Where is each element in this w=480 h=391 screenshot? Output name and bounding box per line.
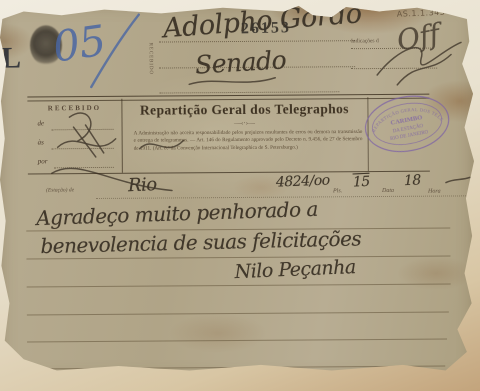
date-label: Data bbox=[382, 188, 394, 194]
agency-title: Repartição Geral dos Telegraphos bbox=[121, 101, 367, 119]
header-divider-ornament: —‹·›— bbox=[122, 118, 368, 128]
paper-content: L 05 RECEBIDO Adolpho Gordo 26153 Senado… bbox=[0, 2, 475, 379]
station-label: (Estação) de bbox=[46, 187, 74, 193]
hour-dash-stroke bbox=[444, 174, 472, 186]
archive-reference: AS.1.1.345 bbox=[397, 8, 446, 19]
edge-letter: L bbox=[1, 42, 21, 76]
message-rule-6 bbox=[29, 366, 445, 370]
hour-label: Hora bbox=[428, 189, 441, 195]
message-rule-5 bbox=[27, 339, 447, 343]
message-rule-3 bbox=[27, 284, 451, 288]
station-rubber-stamp: REPARTIÇÃO GERAL DOS TELEGRAPHOS CARIMBO… bbox=[359, 87, 457, 165]
words-value: 15 bbox=[353, 174, 370, 191]
serial-number-stamp: 26153 bbox=[241, 19, 291, 38]
agency-header-box: Repartição Geral dos Telegraphos —‹·›— A… bbox=[121, 97, 369, 173]
telegram-number: 4824/oo bbox=[276, 172, 330, 190]
message-line-2: benevolencia de suas felicitações bbox=[40, 226, 361, 258]
words-label: Pls. bbox=[333, 188, 342, 194]
message-rule-4 bbox=[27, 312, 449, 316]
address-underline-flourish bbox=[187, 74, 279, 91]
origin-city: Rio bbox=[128, 174, 158, 196]
scanned-telegram-page: L 05 RECEBIDO Adolpho Gordo 26153 Senado… bbox=[0, 0, 480, 391]
addressee-line-1 bbox=[159, 39, 355, 42]
date-value: 18 bbox=[404, 172, 421, 189]
sender-signature: Nilo Peçanha bbox=[234, 256, 356, 283]
telegram-paper: L 05 RECEBIDO Adolpho Gordo 26153 Senado… bbox=[0, 4, 474, 378]
addressee-line-3 bbox=[159, 90, 339, 93]
liability-disclaimer: A Administração não acceita responsabili… bbox=[134, 128, 363, 152]
vertical-form-label: RECEBIDO bbox=[148, 43, 153, 75]
blue-pencil-slash bbox=[85, 11, 144, 93]
clerk-initials-flourish bbox=[371, 30, 467, 89]
